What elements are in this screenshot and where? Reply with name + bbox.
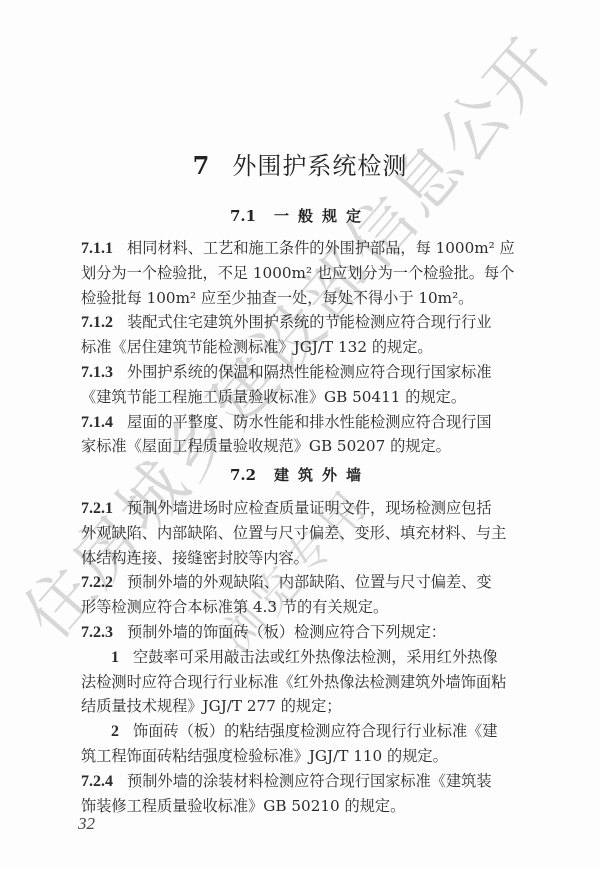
clause-7-2-3: 7.2.3预制外墙的饰面砖（板）检测应符合下列规定： 1空鼓率可采用敲击法或红外… (81, 620, 537, 769)
clause-text: 家标准《屋面工程质量验收规范》GB 50207 的规定。 (81, 434, 537, 459)
clause-text: 外观缺陷、内部缺陷、位置与尺寸偏差、变形、填充材料、与主 (81, 521, 537, 546)
clause-text: 检验批每 100m² 应至少抽查一处，每处不得小于 10m²。 (81, 286, 537, 311)
item-text: 结质量技术规程》JGJ/T 277 的规定； (81, 694, 537, 719)
section-body-7-1: 7.1.1相同材料、工艺和施工条件的外围护部品，每 1000m² 应 划分为一个… (81, 236, 537, 459)
chapter-title: 7外围护系统检测 (0, 146, 600, 181)
page-number: 32 (78, 814, 95, 834)
clause-text: 预制外墙进场时应检查质量证明文件，现场检测应包括 (127, 499, 492, 517)
clause-text: 外围护系统的保温和隔热性能检测应符合现行国家标准 (127, 363, 492, 381)
clause-text: 饰装修工程质量验收标准》GB 50210 的规定。 (81, 794, 537, 819)
chapter-number: 7 (193, 151, 211, 180)
clause-number: 7.2.4 (81, 773, 113, 790)
clause-text: 装配式住宅建筑外围护系统的节能检测应符合现行行业 (127, 313, 492, 331)
clause-text: 预制外墙的饰面砖（板）检测应符合下列规定： (127, 623, 446, 641)
item-text: 法检测时应符合现行行业标准《红外热像法检测建筑外墙饰面粘 (81, 670, 537, 695)
clause-text: 预制外墙的外观缺陷、内部缺陷、位置与尺寸偏差、变 (127, 573, 492, 591)
item-text: 饰面砖（板）的粘结强度检测应符合现行行业标准《建 (133, 722, 498, 740)
item-number: 2 (111, 723, 119, 740)
section-title-7-1: 7.1一般规定 (0, 205, 600, 226)
list-item-2: 2饰面砖（板）的粘结强度检测应符合现行行业标准《建 筑工程饰面砖粘结强度检验标准… (81, 719, 537, 769)
section-title-text: 一般规定 (274, 207, 370, 225)
clause-7-2-1: 7.2.1预制外墙进场时应检查质量证明文件，现场检测应包括 外观缺陷、内部缺陷、… (81, 496, 537, 570)
chapter-title-text: 外围护系统检测 (232, 152, 407, 180)
clause-7-1-1: 7.1.1相同材料、工艺和施工条件的外围护部品，每 1000m² 应 划分为一个… (81, 236, 537, 310)
clause-7-2-4: 7.2.4预制外墙的涂装材料检测应符合现行国家标准《建筑装 饰装修工程质量验收标… (81, 769, 537, 819)
clause-text: 形等检测应符合本标准第 4.3 节的有关规定。 (81, 595, 537, 620)
item-number: 1 (111, 649, 119, 666)
clause-text: 屋面的平整度、防水性能和排水性能检测应符合现行国 (127, 413, 492, 431)
document-page: 住房城乡建设部信息公开 浏览专用 7外围护系统检测 7.1一般规定 7.1.1相… (0, 0, 600, 869)
clause-text: 相同材料、工艺和施工条件的外围护部品，每 1000m² 应 (127, 239, 515, 257)
clause-text: 划分为一个检验批，不足 1000m² 也应划分为一个检验批。每个 (81, 261, 537, 286)
clause-text: 体结构连接、接缝密封胶等内容。 (81, 546, 537, 571)
clause-7-2-2: 7.2.2预制外墙的外观缺陷、内部缺陷、位置与尺寸偏差、变 形等检测应符合本标准… (81, 570, 537, 620)
clause-text: 预制外墙的涂装材料检测应符合现行国家标准《建筑装 (127, 772, 492, 790)
clause-text: 标准《居住建筑节能检测标准》JGJ/T 132 的规定。 (81, 335, 537, 360)
section-title-7-2: 7.2建筑外墙 (0, 464, 600, 485)
clause-number: 7.2.3 (81, 624, 113, 641)
item-text: 筑工程饰面砖粘结强度检验标准》JGJ/T 110 的规定。 (81, 744, 537, 769)
clause-number: 7.1.1 (81, 240, 113, 257)
section-number: 7.1 (230, 207, 256, 225)
clause-7-1-4: 7.1.4屋面的平整度、防水性能和排水性能检测应符合现行国 家标准《屋面工程质量… (81, 410, 537, 460)
clause-number: 7.1.4 (81, 414, 113, 431)
clause-number: 7.2.2 (81, 574, 113, 591)
list-item-1: 1空鼓率可采用敲击法或红外热像法检测，采用红外热像 法检测时应符合现行行业标准《… (81, 645, 537, 719)
clause-7-1-2: 7.1.2装配式住宅建筑外围护系统的节能检测应符合现行行业 标准《居住建筑节能检… (81, 310, 537, 360)
section-number: 7.2 (230, 466, 256, 484)
section-title-text: 建筑外墙 (274, 466, 370, 484)
clause-number: 7.1.3 (81, 364, 113, 381)
section-body-7-2: 7.2.1预制外墙进场时应检查质量证明文件，现场检测应包括 外观缺陷、内部缺陷、… (81, 496, 537, 818)
clause-text: 《建筑节能工程施工质量验收标准》GB 50411 的规定。 (81, 385, 537, 410)
item-text: 空鼓率可采用敲击法或红外热像法检测，采用红外热像 (133, 648, 498, 666)
clause-number: 7.1.2 (81, 314, 113, 331)
clause-7-1-3: 7.1.3外围护系统的保温和隔热性能检测应符合现行国家标准 《建筑节能工程施工质… (81, 360, 537, 410)
clause-number: 7.2.1 (81, 500, 113, 517)
